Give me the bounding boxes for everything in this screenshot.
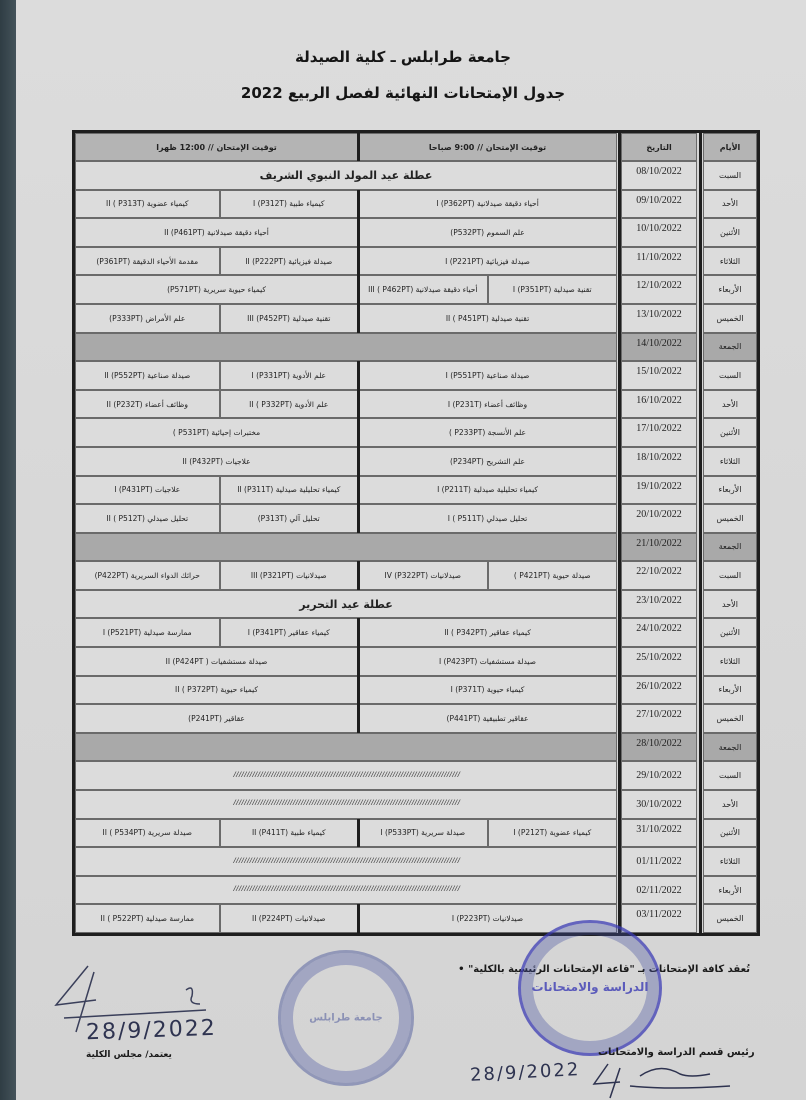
noon-exam-cell: ممارسة صيدلية II ( P522PT) bbox=[75, 904, 220, 933]
table-row: الجمعة28/10/2022 bbox=[75, 733, 757, 762]
noon-exam-cell: كيمياء حيوية II ( P372PT) bbox=[75, 676, 358, 705]
date-cell: 12/10/2022 bbox=[621, 275, 697, 304]
table-row: الأثنين17/10/2022علم الأنسجة (P233PT )مخ… bbox=[75, 418, 757, 447]
header-date: التاريخ bbox=[621, 133, 697, 161]
separator-segment bbox=[357, 275, 360, 304]
morning-exam-cell: صيدلة صناعية I (P551PT) bbox=[358, 361, 617, 390]
date-cell: 14/10/2022 bbox=[621, 333, 697, 362]
noon-exam-cell: تقنية صيدلية III (P452PT) bbox=[220, 304, 359, 333]
noon-exam-cell: وظائف أعضاء II (P232T) bbox=[75, 390, 220, 419]
morning-exam-cell: أحياء دقيقة صيدلانية I (P362PT) bbox=[358, 190, 617, 219]
noon-exam-cell: مقدمة الأحياء الدقيقة (P361PT) bbox=[75, 247, 220, 276]
noon-exam-cell: كيمياء تحليلية صيدلية II (P311T) bbox=[220, 476, 359, 505]
day-cell: الخميس bbox=[703, 504, 757, 533]
morning-exam-cell: وظائف أعضاء I (P231T) bbox=[358, 390, 617, 419]
table-row: الجمعة21/10/2022 bbox=[75, 533, 757, 562]
separator-segment bbox=[357, 561, 360, 590]
day-cell: الأحد bbox=[703, 590, 757, 619]
noon-exam-cell: صيدلة صناعية II (P552PT) bbox=[75, 361, 220, 390]
day-cell: السبت bbox=[703, 561, 757, 590]
separator-segment bbox=[357, 190, 360, 219]
table-row: الأحد16/10/2022وظائف أعضاء I (P231T)علم … bbox=[75, 390, 757, 419]
date-cell: 21/10/2022 bbox=[621, 533, 697, 562]
noon-exam-cell: ممارسة صيدلية I (P521PT) bbox=[75, 618, 220, 647]
day-cell: الثلاثاء bbox=[703, 847, 757, 876]
noon-exam-cell: علم الأدوية II ( P332PT) bbox=[220, 390, 359, 419]
separator-segment bbox=[357, 647, 360, 676]
table-row: الخميس13/10/2022تقنية صيدلية II ( P451PT… bbox=[75, 304, 757, 333]
separator-segment bbox=[357, 504, 360, 533]
noon-exam-cell: كيمياء عقاقير I (P341PT) bbox=[220, 618, 359, 647]
morning-exam-cell: أحياء دقيقة صيدلانية III ( P462PT) bbox=[358, 275, 488, 304]
separator-segment bbox=[357, 676, 360, 705]
no-exam-cell: ////////////////////////////////////////… bbox=[75, 790, 617, 819]
separator-segment bbox=[357, 304, 360, 333]
date-cell: 02/11/2022 bbox=[621, 876, 697, 905]
table-row: الأربعاء19/10/2022كيمياء تحليلية صيدلية … bbox=[75, 476, 757, 505]
table-row: الجمعة14/10/2022 bbox=[75, 333, 757, 362]
noon-exam-cell: كيمياء عضوية II ( P313T) bbox=[75, 190, 220, 219]
table-row: الأثنين31/10/2022كيمياء عضوية I (P212T)ص… bbox=[75, 819, 757, 848]
day-cell: الثلاثاء bbox=[703, 247, 757, 276]
morning-exam-cell: عقاقير تطبيقية (P441PT) bbox=[358, 704, 617, 733]
header-day: الأيام bbox=[703, 133, 757, 161]
no-exam-cell: ////////////////////////////////////////… bbox=[75, 876, 617, 905]
date-cell: 11/10/2022 bbox=[621, 247, 697, 276]
table-row: الخميس27/10/2022عقاقير تطبيقية (P441PT)ع… bbox=[75, 704, 757, 733]
morning-exam-cell: صيدلة سريرية I (P533PT) bbox=[358, 819, 488, 848]
noon-exam-cell: علاجيات I (P431PT) bbox=[75, 476, 220, 505]
noon-exam-cell: أحياء دقيقة صيدلانية II (P461PT) bbox=[75, 218, 358, 247]
date-cell: 26/10/2022 bbox=[621, 676, 697, 705]
table-header-row: الأيامالتاريختوقيت الإمتحان // 9:00 صباح… bbox=[75, 133, 757, 161]
morning-exam-cell: كيمياء تحليلية صيدلية I (P211T) bbox=[358, 476, 617, 505]
stamp-right-text: الدراسة والامتحانات bbox=[521, 980, 659, 996]
separator-segment bbox=[357, 247, 360, 276]
date-cell: 10/10/2022 bbox=[621, 218, 697, 247]
no-exam-cell: ////////////////////////////////////////… bbox=[75, 847, 617, 876]
exam-schedule-table: الأيامالتاريختوقيت الإمتحان // 9:00 صباح… bbox=[72, 130, 760, 936]
table-row: الأحد23/10/2022عطلة عيد التحرير bbox=[75, 590, 757, 619]
day-cell: الخميس bbox=[703, 704, 757, 733]
morning-exam-cell: تقنية صيدلية I (P351PT) bbox=[488, 275, 618, 304]
day-cell: الأثنين bbox=[703, 819, 757, 848]
separator-segment bbox=[357, 390, 360, 419]
handwritten-date-left: 28/9/2022 bbox=[86, 1016, 218, 1046]
morning-exam-cell: علم التشريح (P234PT) bbox=[358, 447, 617, 476]
date-cell: 31/10/2022 bbox=[621, 819, 697, 848]
friday-off-cell bbox=[75, 733, 617, 762]
date-cell: 13/10/2022 bbox=[621, 304, 697, 333]
official-stamp-left: جامعة طرابلس bbox=[278, 950, 414, 1086]
table-row: السبت08/10/2022عطلة عيد المولد النبوي ال… bbox=[75, 161, 757, 190]
date-cell: 17/10/2022 bbox=[621, 418, 697, 447]
separator-segment bbox=[357, 133, 360, 161]
day-cell: الثلاثاء bbox=[703, 447, 757, 476]
day-cell: الثلاثاء bbox=[703, 647, 757, 676]
morning-exam-cell: صيدلة فيزيائية I (P221PT) bbox=[358, 247, 617, 276]
day-cell: الأثنين bbox=[703, 218, 757, 247]
separator-segment bbox=[357, 418, 360, 447]
separator-date-day bbox=[699, 133, 702, 933]
morning-exam-cell: كيمياء عضوية I (P212T) bbox=[488, 819, 618, 848]
day-cell: الأربعاء bbox=[703, 876, 757, 905]
date-cell: 23/10/2022 bbox=[621, 590, 697, 619]
no-exam-cell: ////////////////////////////////////////… bbox=[75, 761, 617, 790]
header-morning-time: توقيت الإمتحان // 9:00 صباحا bbox=[358, 133, 617, 161]
table-row: الخميس03/11/2022صيدلانيات I (P223PT)صيدل… bbox=[75, 904, 757, 933]
table-row: الثلاثاء01/11/2022//////////////////////… bbox=[75, 847, 757, 876]
day-cell: الخميس bbox=[703, 904, 757, 933]
separator-main-date bbox=[618, 133, 621, 933]
morning-exam-cell: كيمياء حيوية I (P371T) bbox=[358, 676, 617, 705]
morning-exam-cell: تقنية صيدلية II ( P451PT) bbox=[358, 304, 617, 333]
table-row: الأربعاء02/11/2022//////////////////////… bbox=[75, 876, 757, 905]
noon-exam-cell: كيمياء طبية II (P411T) bbox=[220, 819, 359, 848]
table-row: الأحد09/10/2022أحياء دقيقة صيدلانية I (P… bbox=[75, 190, 757, 219]
noon-exam-cell: صيدلة سريرية II ( P534PT) bbox=[75, 819, 220, 848]
separator-segment bbox=[357, 704, 360, 733]
stamp-left-text: جامعة طرابلس bbox=[281, 1012, 411, 1025]
morning-exam-cell: تحليل صيدلي I ( P511T) bbox=[358, 504, 617, 533]
friday-off-cell bbox=[75, 533, 617, 562]
date-cell: 01/11/2022 bbox=[621, 847, 697, 876]
noon-exam-cell: علم الأمراض (P333PT) bbox=[75, 304, 220, 333]
holiday-cell: عطلة عيد المولد النبوي الشريف bbox=[75, 161, 617, 190]
noon-exam-cell: علاجيات II (P432PT) bbox=[75, 447, 358, 476]
day-cell: الأحد bbox=[703, 190, 757, 219]
date-cell: 30/10/2022 bbox=[621, 790, 697, 819]
noon-exam-cell: صيدلانيات III (P321PT) bbox=[220, 561, 359, 590]
document-title: جدول الإمتحانات النهائية لفصل الربيع 202… bbox=[0, 84, 806, 102]
official-stamp-right: الدراسة والامتحانات bbox=[518, 920, 662, 1056]
separator-segment bbox=[357, 218, 360, 247]
morning-exam-cell: صيدلانيات IV (P322PT) bbox=[358, 561, 488, 590]
date-cell: 29/10/2022 bbox=[621, 761, 697, 790]
university-title: جامعة طرابلس ـ كلية الصيدلة bbox=[0, 48, 806, 66]
table-row: الأثنين10/10/2022علم السموم (P532PT)أحيا… bbox=[75, 218, 757, 247]
separator-segment bbox=[357, 904, 360, 933]
noon-exam-cell: صيدلة فيزيائية II (P222PT) bbox=[220, 247, 359, 276]
morning-exam-cell: علم السموم (P532PT) bbox=[358, 218, 617, 247]
bullet-icon: • bbox=[458, 964, 464, 975]
table-row: الأثنين24/10/2022كيمياء عقاقير II ( P342… bbox=[75, 618, 757, 647]
separator-segment bbox=[357, 476, 360, 505]
date-cell: 03/11/2022 bbox=[621, 904, 697, 933]
table-row: الثلاثاء11/10/2022صيدلة فيزيائية I (P221… bbox=[75, 247, 757, 276]
date-cell: 16/10/2022 bbox=[621, 390, 697, 419]
noon-exam-cell: مختبرات إحيائية (P531PT ) bbox=[75, 418, 358, 447]
table-row: الثلاثاء25/10/2022صيدلة مستشفيات I (P423… bbox=[75, 647, 757, 676]
table-row: الأربعاء12/10/2022تقنية صيدلية I (P351PT… bbox=[75, 275, 757, 304]
background-edge bbox=[0, 0, 16, 1100]
noon-exam-cell: صيدلانيات II (P224PT) bbox=[220, 904, 359, 933]
separator-segment bbox=[357, 361, 360, 390]
date-cell: 09/10/2022 bbox=[621, 190, 697, 219]
day-cell: الأثنين bbox=[703, 618, 757, 647]
department-head-label: رئيس قسم الدراسة والامتحانات bbox=[598, 1047, 755, 1058]
noon-exam-cell: علم الأدوية I (P331PT) bbox=[220, 361, 359, 390]
morning-exam-cell: صيدلة مستشفيات I (P423PT) bbox=[358, 647, 617, 676]
date-cell: 25/10/2022 bbox=[621, 647, 697, 676]
separator-segment bbox=[357, 819, 360, 848]
day-cell: الخميس bbox=[703, 304, 757, 333]
date-cell: 28/10/2022 bbox=[621, 733, 697, 762]
day-cell: الجمعة bbox=[703, 733, 757, 762]
date-cell: 19/10/2022 bbox=[621, 476, 697, 505]
day-cell: الجمعة bbox=[703, 333, 757, 362]
signature-right-icon bbox=[590, 1060, 750, 1100]
morning-exam-cell: علم الأنسجة (P233PT ) bbox=[358, 418, 617, 447]
table-row: السبت15/10/2022صيدلة صناعية I (P551PT)عل… bbox=[75, 361, 757, 390]
day-cell: الأربعاء bbox=[703, 476, 757, 505]
day-cell: الأربعاء bbox=[703, 275, 757, 304]
day-cell: الأحد bbox=[703, 790, 757, 819]
day-cell: السبت bbox=[703, 161, 757, 190]
day-cell: السبت bbox=[703, 361, 757, 390]
date-cell: 24/10/2022 bbox=[621, 618, 697, 647]
date-cell: 20/10/2022 bbox=[621, 504, 697, 533]
date-cell: 08/10/2022 bbox=[621, 161, 697, 190]
noon-exam-cell: حرائك الدواء السريرية (P422PT) bbox=[75, 561, 220, 590]
morning-exam-cell: صيدلة حيوية (P421PT ) bbox=[488, 561, 618, 590]
noon-exam-cell: تحليل آلي (P313T) bbox=[220, 504, 359, 533]
noon-exam-cell: عقاقير (P241PT) bbox=[75, 704, 358, 733]
date-cell: 18/10/2022 bbox=[621, 447, 697, 476]
table-row: الخميس20/10/2022تحليل صيدلي I ( P511T)تح… bbox=[75, 504, 757, 533]
date-cell: 22/10/2022 bbox=[621, 561, 697, 590]
table-row: السبت22/10/2022صيدلة حيوية (P421PT )صيدل… bbox=[75, 561, 757, 590]
holiday-cell: عطلة عيد التحرير bbox=[75, 590, 617, 619]
day-cell: الأحد bbox=[703, 390, 757, 419]
noon-exam-cell: صيدلة مستشفيات II (P424PT ) bbox=[75, 647, 358, 676]
table-row: الثلاثاء18/10/2022علم التشريح (P234PT)عل… bbox=[75, 447, 757, 476]
day-cell: الجمعة bbox=[703, 533, 757, 562]
date-cell: 15/10/2022 bbox=[621, 361, 697, 390]
separator-segment bbox=[357, 447, 360, 476]
noon-exam-cell: تحليل صيدلي II ( P512T) bbox=[75, 504, 220, 533]
morning-exam-cell: كيمياء عقاقير II ( P342PT) bbox=[358, 618, 617, 647]
table-row: السبت29/10/2022/////////////////////////… bbox=[75, 761, 757, 790]
noon-exam-cell: كيمياء طبية I (P312T) bbox=[220, 190, 359, 219]
approval-label: يعتمد/ مجلس الكلية bbox=[86, 1050, 172, 1060]
separator-segment bbox=[357, 618, 360, 647]
header-noon-time: توقيت الإمتحان // 12:00 ظهرا bbox=[75, 133, 358, 161]
table-row: الأحد30/10/2022/////////////////////////… bbox=[75, 790, 757, 819]
table-row: الأربعاء26/10/2022كيمياء حيوية I (P371T)… bbox=[75, 676, 757, 705]
day-cell: الأثنين bbox=[703, 418, 757, 447]
friday-off-cell bbox=[75, 333, 617, 362]
noon-exam-cell: كيمياء حيوية سريرية (P571PT) bbox=[75, 275, 358, 304]
day-cell: السبت bbox=[703, 761, 757, 790]
date-cell: 27/10/2022 bbox=[621, 704, 697, 733]
day-cell: الأربعاء bbox=[703, 676, 757, 705]
